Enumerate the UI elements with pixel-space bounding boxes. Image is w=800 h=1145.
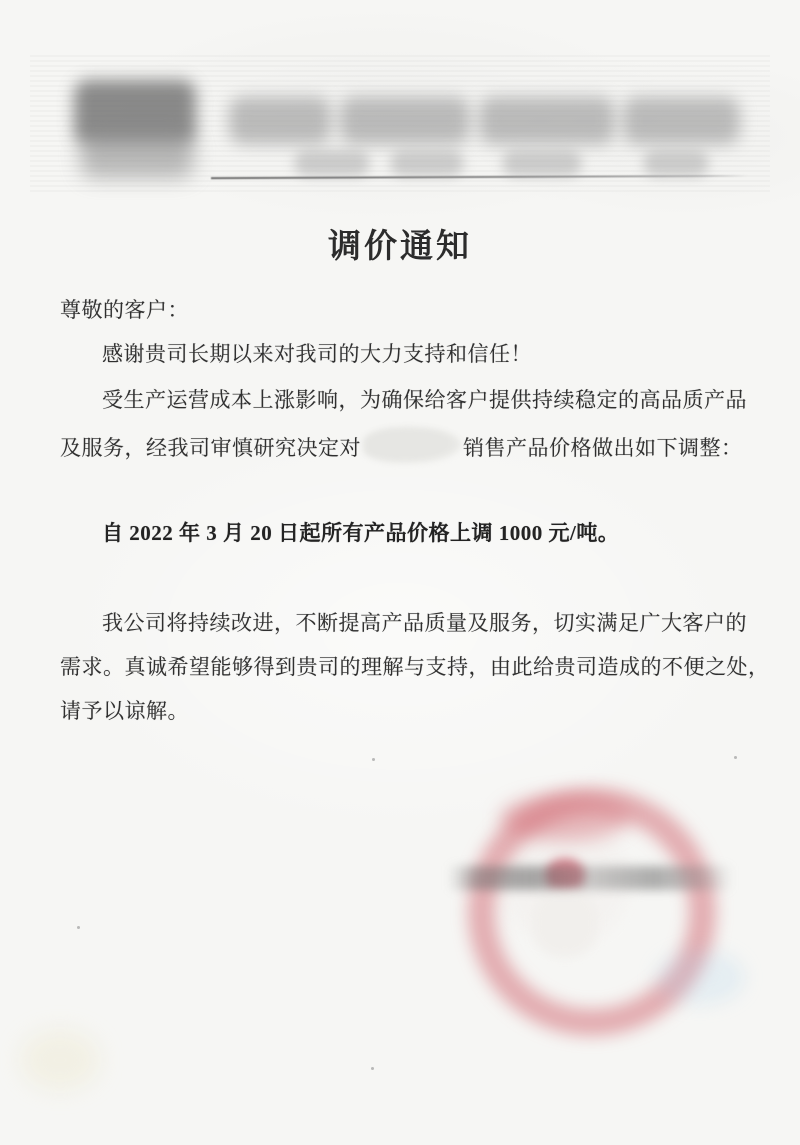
paragraph1-line: 感谢贵司长期以来对我司的大力支持和信任！ [102, 338, 800, 368]
paragraph3-line2: 需求。真诚希望能够得到贵司的理解与支持，由此给贵司造成的不便之处， [60, 651, 800, 681]
paragraph2-line2: 及服务，经我司审慎研究决定对销售产品价格做出如下调整： [60, 427, 800, 463]
paragraph2-line2-before: 及服务，经我司审慎研究决定对 [60, 436, 361, 460]
scanned-document-page: 调价通知 尊敬的客户： 感谢贵司长期以来对我司的大力支持和信任！ 受生产运营成本… [0, 0, 800, 1145]
salutation-line: 尊敬的客户： [60, 294, 800, 324]
scan-smudge [655, 950, 745, 1005]
seal-center-white-column [532, 888, 598, 958]
scan-smudge [20, 1030, 100, 1090]
paragraph2-line1: 受生产运营成本上涨影响，为确保给客户提供持续稳定的高品质产品 [102, 384, 800, 414]
document-title: 调价通知 [0, 220, 800, 267]
price-adjustment-line: 自 2022 年 3 月 20 日起所有产品价格上调 1000 元/吨。 [102, 517, 800, 547]
letterhead-subline-blur-segment [294, 150, 370, 176]
letterhead-subline-blur-segment [390, 150, 464, 176]
company-name-blur-segment [623, 97, 740, 144]
letterhead-divider-line [211, 175, 748, 179]
paragraph3-line1: 我公司将持续改进，不断提高产品质量及服务，切实满足广大客户的 [102, 607, 800, 637]
company-name-blur-segment [479, 97, 615, 144]
letterhead-subline-blur-segment [502, 150, 582, 176]
paragraph2-line2-after: 销售产品价格做出如下调整： [463, 436, 743, 460]
letterhead-subline-blur-segment [643, 150, 709, 176]
dust-speck [371, 1067, 374, 1070]
dust-speck [77, 926, 80, 929]
seal-gray-smear [448, 866, 733, 890]
paragraph3-line3: 请予以谅解。 [60, 695, 800, 725]
company-seal-top-arc [500, 795, 630, 841]
recipient-name-redaction-blur [363, 427, 461, 463]
dust-speck [372, 758, 375, 761]
company-name-blur-segment [340, 97, 470, 144]
dust-speck [734, 756, 737, 759]
letterhead-logo-blur-fade [80, 130, 194, 178]
company-name-blur-segment [229, 97, 331, 144]
